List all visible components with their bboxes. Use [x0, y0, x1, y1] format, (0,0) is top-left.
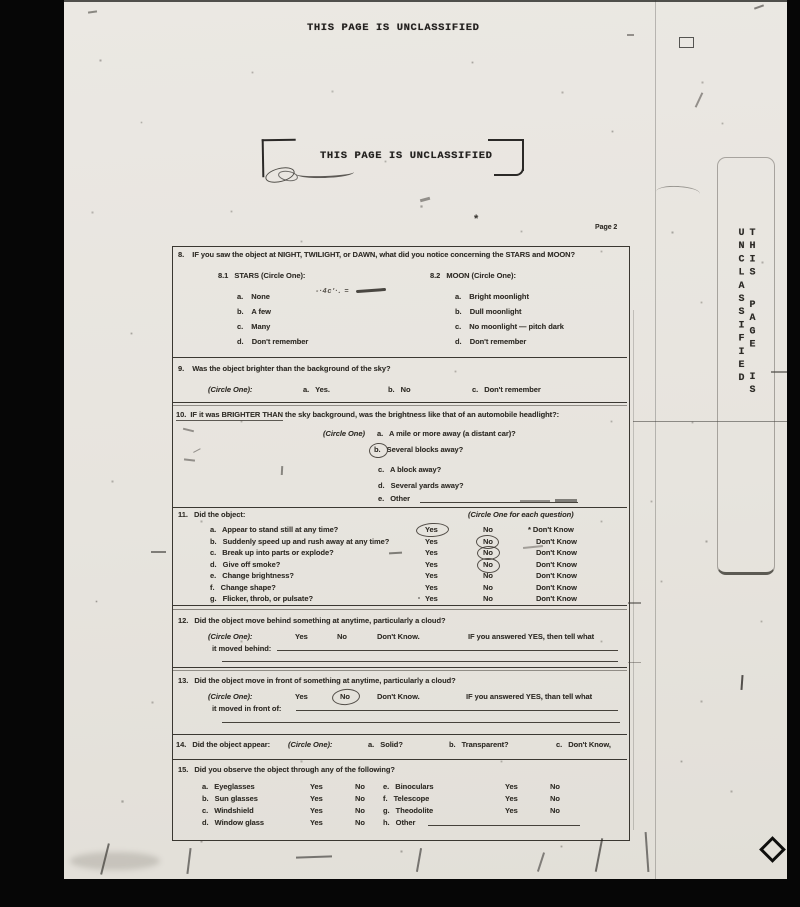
q11-row-label: d. Give off smoke?: [210, 561, 280, 569]
q11-row-label: f. Change shape?: [210, 584, 276, 592]
q15-no: No: [355, 807, 365, 815]
q14-option-solid: a. Solid?: [368, 741, 403, 749]
q12-circle-one: (Circle One):: [208, 633, 252, 641]
side-unclassified-stamp: THIS PAGE IS UNCLASSIFIED: [736, 228, 758, 558]
q15-yes: Yes: [310, 783, 323, 791]
q15-item: d. Window glass: [202, 819, 264, 827]
q10-option: d. Several yards away?: [378, 482, 464, 490]
q11-row-dont-know: Don't Know: [536, 549, 577, 557]
q15-no: No: [550, 795, 560, 803]
q12-text: 12. Did the object move behind something…: [178, 617, 446, 625]
q10-text-rest: the sky background, was the brightness l…: [283, 410, 559, 419]
section-divider: [173, 605, 627, 606]
q15-yes: Yes: [505, 795, 518, 803]
stray-mark: [627, 34, 634, 36]
q11-row-dont-know: Don't Know: [536, 561, 577, 569]
q10-option: c. A block away?: [378, 466, 441, 474]
section-divider: [173, 667, 627, 668]
q8-stars-option: b. A few: [237, 308, 271, 316]
q11-row-yes: Yes: [425, 538, 438, 546]
q11-row-label: g. Flicker, throb, or pulsate?: [210, 595, 313, 603]
underline-smudge: [520, 500, 550, 502]
q11-instruction: (Circle One for each question): [468, 511, 574, 519]
q14-circle-one: (Circle One):: [288, 741, 332, 749]
section-divider: [173, 357, 627, 358]
q11-row-dont-know: Don't Know: [536, 572, 577, 580]
q11-row-dont-know: Don't Know: [536, 595, 577, 603]
q8-stars-label: 8.1 STARS (Circle One):: [218, 272, 305, 280]
q13-note2: it moved in front of:: [212, 705, 281, 713]
q8-moon-option: b. Dull moonlight: [455, 308, 522, 316]
q11-row-label: c. Break up into parts or explode?: [210, 549, 334, 557]
margin-dash: [151, 551, 166, 553]
scan-fold-line: [633, 310, 634, 830]
q15-no: No: [550, 807, 560, 815]
scanned-document-page: THIS PAGE IS UNCLASSIFIED THIS PAGE IS U…: [0, 0, 800, 907]
q15-yes: Yes: [505, 783, 518, 791]
q15-item: c. Windshield: [202, 807, 254, 815]
q15-yes: Yes: [310, 819, 323, 827]
q8-stars-option: c. Many: [237, 323, 270, 331]
q13-yes: Yes: [295, 693, 308, 701]
q15-yes: Yes: [505, 807, 518, 815]
q15-no: No: [355, 819, 365, 827]
q11-row-label: e. Change brightness?: [210, 572, 294, 580]
q12-note2: it moved behind:: [212, 645, 271, 653]
q12-yes: Yes: [295, 633, 308, 641]
section-divider: [173, 402, 627, 403]
q13-circle-one: (Circle One):: [208, 693, 252, 701]
page-edge-line: [655, 0, 656, 879]
asterisk-mark: *: [474, 214, 478, 225]
q11-text: 11. Did the object:: [178, 511, 245, 519]
q13-text: 13. Did the object move in front of some…: [178, 677, 456, 685]
q15-item: a. Eyeglasses: [202, 783, 255, 791]
section-divider: [173, 670, 627, 671]
handwriting-marks: -·4c'·. =: [316, 288, 349, 295]
q13-dont-know: Don't Know.: [377, 693, 420, 701]
section-divider: [173, 734, 627, 735]
q8-stars-option: d. Don't remember: [237, 338, 308, 346]
q15-item: h. Other: [383, 819, 415, 827]
small-box-mark: [679, 37, 694, 48]
q8-moon-option: c. No moonlight — pitch dark: [455, 323, 564, 331]
q15-no: No: [550, 783, 560, 791]
scan-tick: [628, 602, 641, 604]
section-divider: [173, 507, 627, 508]
q15-other-blank: [428, 825, 580, 826]
q9-option-no: b. No: [388, 386, 411, 394]
q9-text: 9. Was the object brighter than the back…: [178, 365, 391, 373]
q8-text: 8. IF you saw the object at NIGHT, TWILI…: [178, 251, 575, 259]
q15-item: e. Binoculars: [383, 783, 434, 791]
q9-circle-one: (Circle One):: [208, 386, 252, 394]
q15-yes: Yes: [310, 807, 323, 815]
q11-row-dont-know: * Don't Know: [528, 526, 574, 534]
q8-moon-option: a. Bright moonlight: [455, 293, 529, 301]
q12-answer-blank: [277, 650, 618, 651]
q13-note: IF you answered YES, than tell what: [466, 693, 592, 701]
top-unclassified-stamp: THIS PAGE IS UNCLASSIFIED: [307, 22, 480, 34]
q9-option-dont-remember: c. Don't remember: [472, 386, 541, 394]
q15-item: b. Sun glasses: [202, 795, 258, 803]
scan-noise: [0, 0, 1, 1]
q11-row-yes: Yes: [425, 572, 438, 580]
section-divider: [173, 609, 627, 610]
q12-note: IF you answered YES, then tell what: [468, 633, 594, 641]
scan-smudge: [70, 852, 160, 870]
q10-other-blank: [420, 502, 578, 503]
q15-yes: Yes: [310, 795, 323, 803]
pen-dot: [418, 597, 420, 599]
q11-row-no: No: [483, 584, 493, 592]
q10-option: a. A mile or more away (a distant car)?: [377, 430, 516, 438]
q11-row-yes: Yes: [425, 595, 438, 603]
q8-moon-option: d. Don't remember: [455, 338, 526, 346]
stamp-box-bracket-right-bottom: [494, 160, 524, 176]
q14-text: 14. Did the object appear:: [176, 741, 270, 749]
q14-option-dont-know: c. Don't Know,: [556, 741, 611, 749]
q11-row-label: b. Suddenly speed up and rush away at an…: [210, 538, 389, 546]
q15-no: No: [355, 795, 365, 803]
q11-row-no: No: [483, 595, 493, 603]
scan-edge-left: [0, 0, 64, 907]
q12-no: No: [337, 633, 347, 641]
q11-row-yes: Yes: [425, 584, 438, 592]
q15-text: 15. Did you observe the object through a…: [178, 766, 395, 774]
underline-smudge: [555, 499, 577, 502]
scan-edge-bottom: [0, 879, 800, 907]
q10-text: 10. IF it was BRIGHTER THAN the sky back…: [176, 411, 559, 419]
q11-row-dont-know: Don't Know: [536, 584, 577, 592]
q11-row-yes: Yes: [425, 561, 438, 569]
q10-circle-one: (Circle One): [323, 430, 365, 438]
section-divider: [173, 405, 627, 406]
q11-row-no: No: [483, 572, 493, 580]
page-number: Page 2: [595, 224, 617, 231]
q8-stars-option: a. None: [237, 293, 270, 301]
q8-moon-label: 8.2 MOON (Circle One):: [430, 272, 516, 280]
q10-option: e. Other: [378, 495, 410, 503]
q12-answer-blank-2: [222, 661, 618, 662]
q12-dont-know: Don't Know.: [377, 633, 420, 641]
q15-item: f. Telescope: [383, 795, 429, 803]
q13-answer-blank: [296, 710, 618, 711]
q11-row-no: No: [483, 526, 493, 534]
q10-text-underlined: 10. IF it was BRIGHTER THAN: [176, 410, 283, 421]
boxed-unclassified-stamp: THIS PAGE IS UNCLASSIFIED: [320, 150, 493, 162]
q13-answer-blank-2: [222, 722, 620, 723]
q9-option-yes: a. Yes.: [303, 386, 330, 394]
section-divider: [173, 759, 627, 760]
q11-row-yes: Yes: [425, 549, 438, 557]
q14-option-transparent: b. Transparent?: [449, 741, 509, 749]
scan-tick: [628, 662, 641, 663]
q15-no: No: [355, 783, 365, 791]
q11-row-label: a. Appear to stand still at any time?: [210, 526, 338, 534]
q15-item: g. Theodolite: [383, 807, 433, 815]
scan-edge-right: [787, 0, 800, 907]
